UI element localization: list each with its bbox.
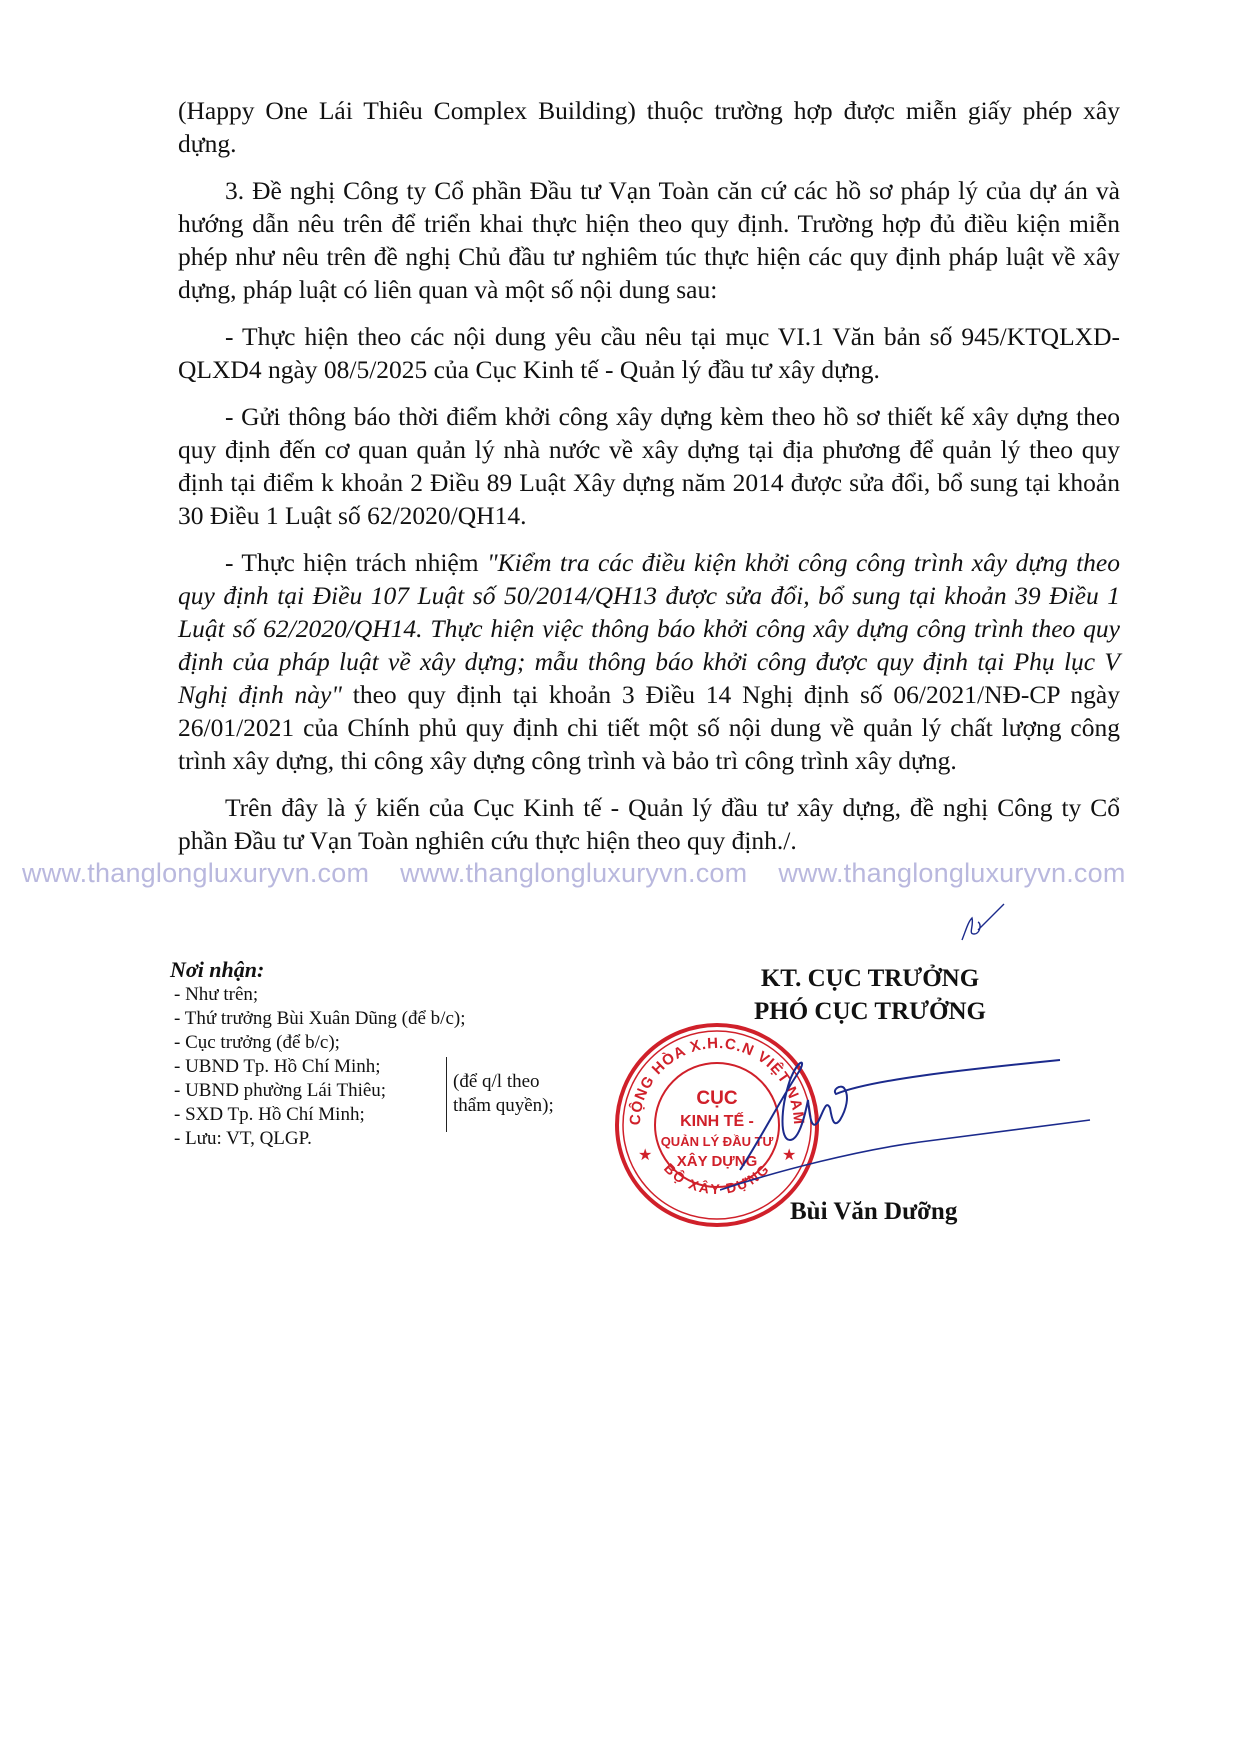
watermark-text: www.thanglongluxuryvn.com [22, 858, 369, 888]
signature-title-line1: KT. CỤC TRƯỞNG [720, 962, 1020, 995]
group-bracket [446, 1057, 447, 1132]
recipient-group: - UBND Tp. Hồ Chí Minh; - UBND phường Lá… [170, 1055, 590, 1127]
recipient-item: - Cục trưởng (để b/c); [170, 1031, 590, 1055]
recipients-list: Nơi nhận: - Như trên; - Thứ trưởng Bùi X… [170, 958, 590, 1151]
paragraph: Trên đây là ý kiến của Cục Kinh tế - Quả… [178, 791, 1120, 857]
recipient-item: - Lưu: VT, QLGP. [170, 1127, 590, 1151]
watermark-text: www.thanglongluxuryvn.com [778, 858, 1125, 888]
initial-mark-icon [958, 900, 1008, 945]
signature-title: KT. CỤC TRƯỞNG PHÓ CỤC TRƯỞNG [720, 962, 1020, 1028]
recipients-title: Nơi nhận: [170, 958, 590, 982]
svg-text:★: ★ [638, 1147, 652, 1164]
paragraph: - Gửi thông báo thời điểm khởi công xây … [178, 400, 1120, 532]
document-page: www.thanglongluxuryvn.comwww.thanglonglu… [0, 0, 1241, 1755]
paragraph: 3. Đề nghị Công ty Cổ phần Đầu tư Vạn To… [178, 174, 1120, 306]
paragraph: - Thực hiện theo các nội dung yêu cầu nê… [178, 320, 1120, 386]
watermark: www.thanglongluxuryvn.comwww.thanglonglu… [22, 858, 1241, 889]
signature-icon [720, 1030, 1100, 1200]
recipient-item: - Thứ trưởng Bùi Xuân Dũng (để b/c); [170, 1007, 590, 1031]
recipient-item: - Như trên; [170, 983, 590, 1007]
watermark-text: www.thanglongluxuryvn.com [400, 858, 747, 888]
body-text: (Happy One Lái Thiêu Complex Building) t… [178, 94, 1120, 857]
paragraph: (Happy One Lái Thiêu Complex Building) t… [178, 94, 1120, 160]
paragraph: - Thực hiện trách nhiệm "Kiểm tra các đi… [178, 546, 1120, 777]
group-note: (để q/l theo thẩm quyền); [453, 1070, 554, 1118]
